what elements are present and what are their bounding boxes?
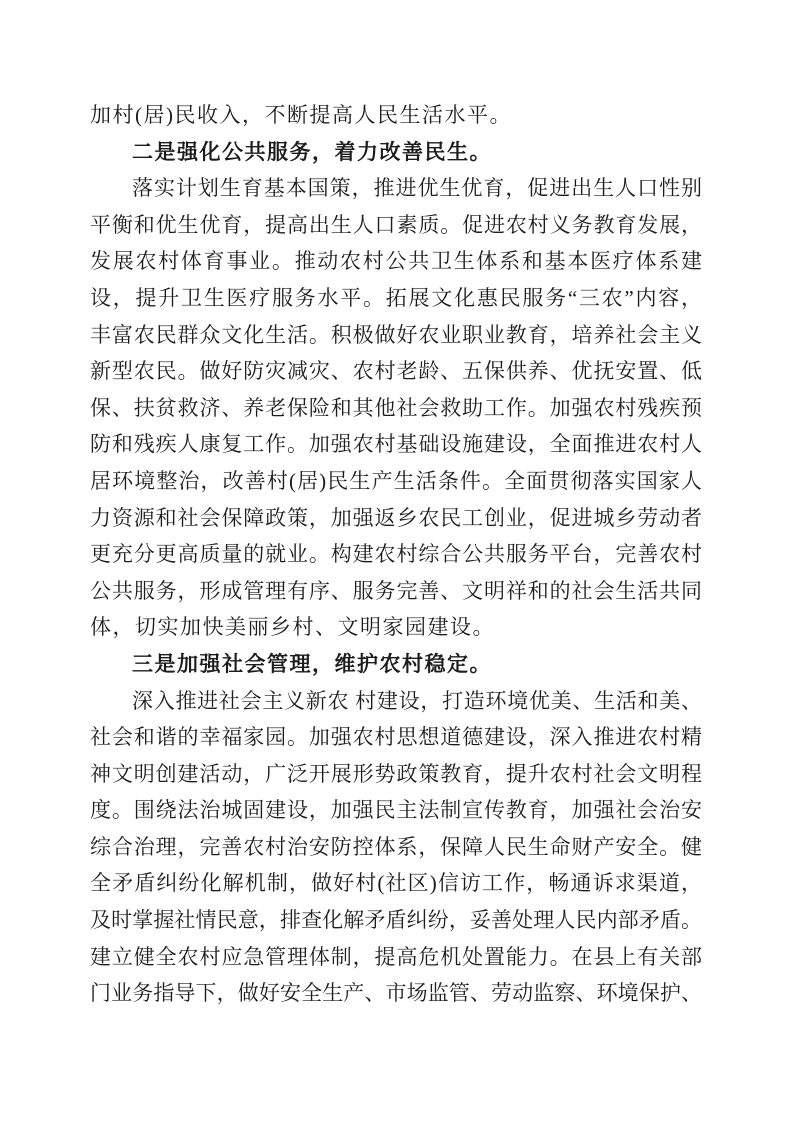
text-line: 度。围绕法治城固建设，加强民主法制宣传教育，加强社会治安: [90, 792, 702, 829]
text-line: 落实计划生育基本国策，推进优生优育，促进出生人口性别: [90, 170, 702, 207]
text-line: 社会和谐的幸福家园。加强农村思想道德建设，深入推进农村精: [90, 719, 702, 756]
text-line: 深入推进社会主义新农 村建设，打造环境优美、生活和美、: [90, 683, 702, 720]
text-line: 发展农村体育事业。推动农村公共卫生体系和基本医疗体系建: [90, 243, 702, 280]
text-line: 丰富农民群众文化生活。积极做好农业职业教育，培养社会主义: [90, 317, 702, 354]
heading-line: 三是加强社会管理，维护农村稳定。: [90, 646, 702, 683]
text-line: 建立健全农村应急管理体制，提高危机处置能力。在县上有关部: [90, 939, 702, 976]
text-line: 平衡和优生优育，提高出生人口素质。促进农村义务教育发展，: [90, 207, 702, 244]
text-line: 更充分更高质量的就业。构建农村综合公共服务平台，完善农村: [90, 536, 702, 573]
text-line: 新型农民。做好防灾减灾、农村老龄、五保供养、优抚安置、低: [90, 353, 702, 390]
text-line: 防和残疾人康复工作。加强农村基础设施建设，全面推进农村人: [90, 426, 702, 463]
text-line: 及时掌握社情民意，排查化解矛盾纠纷，妥善处理人民内部矛盾。: [90, 902, 702, 939]
text-line: 保、扶贫救济、养老保险和其他社会救助工作。加强农村残疾预: [90, 390, 702, 427]
text-line: 体，切实加快美丽乡村、文明家园建设。: [90, 609, 702, 646]
text-line: 设，提升卫生医疗服务水平。拓展文化惠民服务“三农”内容，: [90, 280, 702, 317]
text-line: 全矛盾纠纷化解机制，做好村(社区)信访工作，畅通诉求渠道，: [90, 865, 702, 902]
text-line: 综合治理，完善农村治安防控体系，保障人民生命财产安全。健: [90, 829, 702, 866]
text-line: 力资源和社会保障政策，加强返乡农民工创业，促进城乡劳动者: [90, 500, 702, 537]
text-line: 加村(居)民收入，不断提高人民生活水平。: [90, 97, 702, 134]
heading-line: 二是强化公共服务，着力改善民生。: [90, 134, 702, 171]
text-line: 居环境整治，改善村(居)民生产生活条件。全面贯彻落实国家人: [90, 463, 702, 500]
document-page: 加村(居)民收入，不断提高人民生活水平。二是强化公共服务，着力改善民生。落实计划…: [0, 0, 793, 1122]
text-line: 神文明创建活动，广泛开展形势政策教育，提升农村社会文明程: [90, 756, 702, 793]
text-block: 加村(居)民收入，不断提高人民生活水平。二是强化公共服务，着力改善民生。落实计划…: [90, 97, 702, 1012]
text-line: 公共服务，形成管理有序、服务完善、文明祥和的社会生活共同: [90, 573, 702, 610]
text-line: 门业务指导下，做好安全生产、市场监管、劳动监察、环境保护、: [90, 975, 702, 1012]
